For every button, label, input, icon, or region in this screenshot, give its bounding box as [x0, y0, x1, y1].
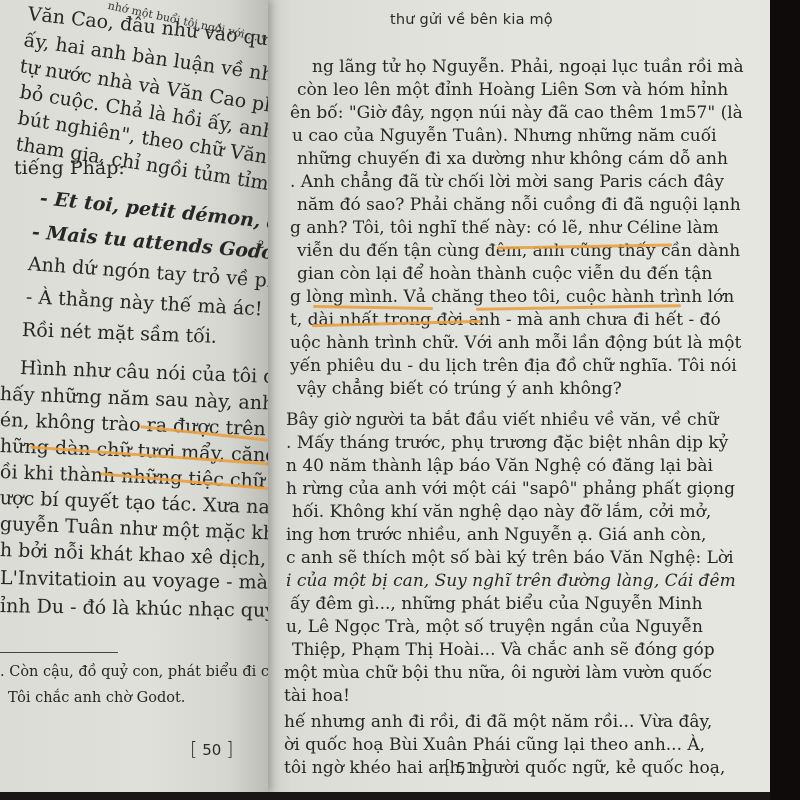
text-line: tiếng Pháp: [14, 158, 125, 178]
text-line: t, dài nhất trong đời anh - mà anh chưa … [290, 310, 721, 330]
text-line: tài hoa! [284, 686, 350, 706]
text-line: những chuyến đi xa dường như không cám d… [297, 149, 728, 169]
text-line: viễn du đến tận cùng đêm, anh cũng thấy … [297, 241, 740, 261]
text-line: vậy chẳng biết có trúng ý anh không? [297, 379, 622, 399]
text-line: Bây giờ người ta bắt đầu viết nhiều về v… [286, 410, 718, 430]
text-line: còn leo lên một đỉnh Hoàng Liên Sơn và h… [297, 80, 728, 100]
text-line: g anh? Tôi, tôi nghĩ thế này: có lẽ, như… [290, 218, 719, 238]
book-bottom-edge [0, 792, 770, 800]
text-line: hối. Không khí văn nghệ dạo này đỡ lắm, … [292, 502, 711, 522]
text-line: hế nhưng anh đi rồi, đi đã một năm rồi..… [284, 712, 712, 732]
text-line: ấy đêm gì..., những phát biểu của Nguyễn… [290, 594, 703, 614]
text-line: gian còn lại để hoàn thành cuộc viễn du … [297, 264, 712, 284]
text-line: ời quốc hoạ Bùi Xuân Phái cũng lại theo … [284, 735, 705, 755]
text-line: i của một bị can, Suy nghĩ trên đường là… [286, 571, 736, 591]
text-line: ing hơn trước nhiều, anh Nguyễn ạ. Giá a… [286, 525, 706, 545]
footnote-line: Tôi chắc anh chờ Godot. [8, 688, 185, 708]
text-line: ên bố: "Giờ đây, ngọn núi này đã cao thê… [290, 103, 743, 123]
text-line: - À thằng này thế mà ác! [25, 287, 263, 319]
text-line: một mùa chữ bội thu nữa, ôi người làm vư… [284, 663, 712, 683]
text-line: c anh sẽ thích một số bài ký trên báo Vă… [286, 548, 734, 568]
text-line: . Mấy tháng trước, phụ trương đặc biệt n… [286, 433, 728, 453]
text-line: Rồi nét mặt sầm tối. [22, 320, 218, 347]
running-head: thư gửi về bên kia mộ [390, 12, 650, 28]
text-line: ng lãng tử họ Nguyễn. Phải, ngoại lục tu… [312, 57, 744, 77]
text-line: tôi ngờ khéo hai anh, người quốc ngữ, kẻ… [284, 758, 725, 778]
text-line: uộc hành trình chữ. Với anh mỗi lần động… [290, 333, 741, 353]
footnote-divider [0, 652, 118, 653]
text-line: Thiệp, Phạm Thị Hoài... Và chắc anh sẽ đ… [292, 640, 715, 660]
page-number-50: [ 50 ] [190, 738, 234, 760]
left-page: nhớ một buổi tôi ngồi với ... vũ trụ, ..… [0, 0, 268, 792]
text-line: yến phiêu du - du lịch trên địa đồ chữ n… [290, 356, 737, 376]
text-line: u, Lê Ngọc Trà, một số truyện ngắn của N… [286, 617, 703, 637]
footnote-line: . Còn cậu, đồ quỷ con, phát biểu đi chứ. [0, 662, 268, 682]
text-line: . Anh chẳng đã từ chối lời mời sang Pari… [290, 172, 724, 192]
text-line: ỉnh Du - đó là khúc nhạc quyến rũ nh [0, 596, 268, 622]
text-line: n 40 năm thành lập báo Văn Nghệ có đăng … [286, 456, 713, 476]
page-number-51: [ 51 ] [444, 756, 488, 778]
text-line: u cao của Nguyễn Tuân). Nhưng những năm … [292, 126, 717, 146]
text-line: h rừng của anh với một cái "sapô" phảng … [286, 479, 735, 499]
text-line: L'Invitatioin au voyage - mà anh dịch [0, 568, 268, 594]
footnote-marker: 2 [258, 240, 264, 251]
text-line: năm đó sao? Phải chăng nỗi cuồng đi đã n… [297, 195, 741, 215]
